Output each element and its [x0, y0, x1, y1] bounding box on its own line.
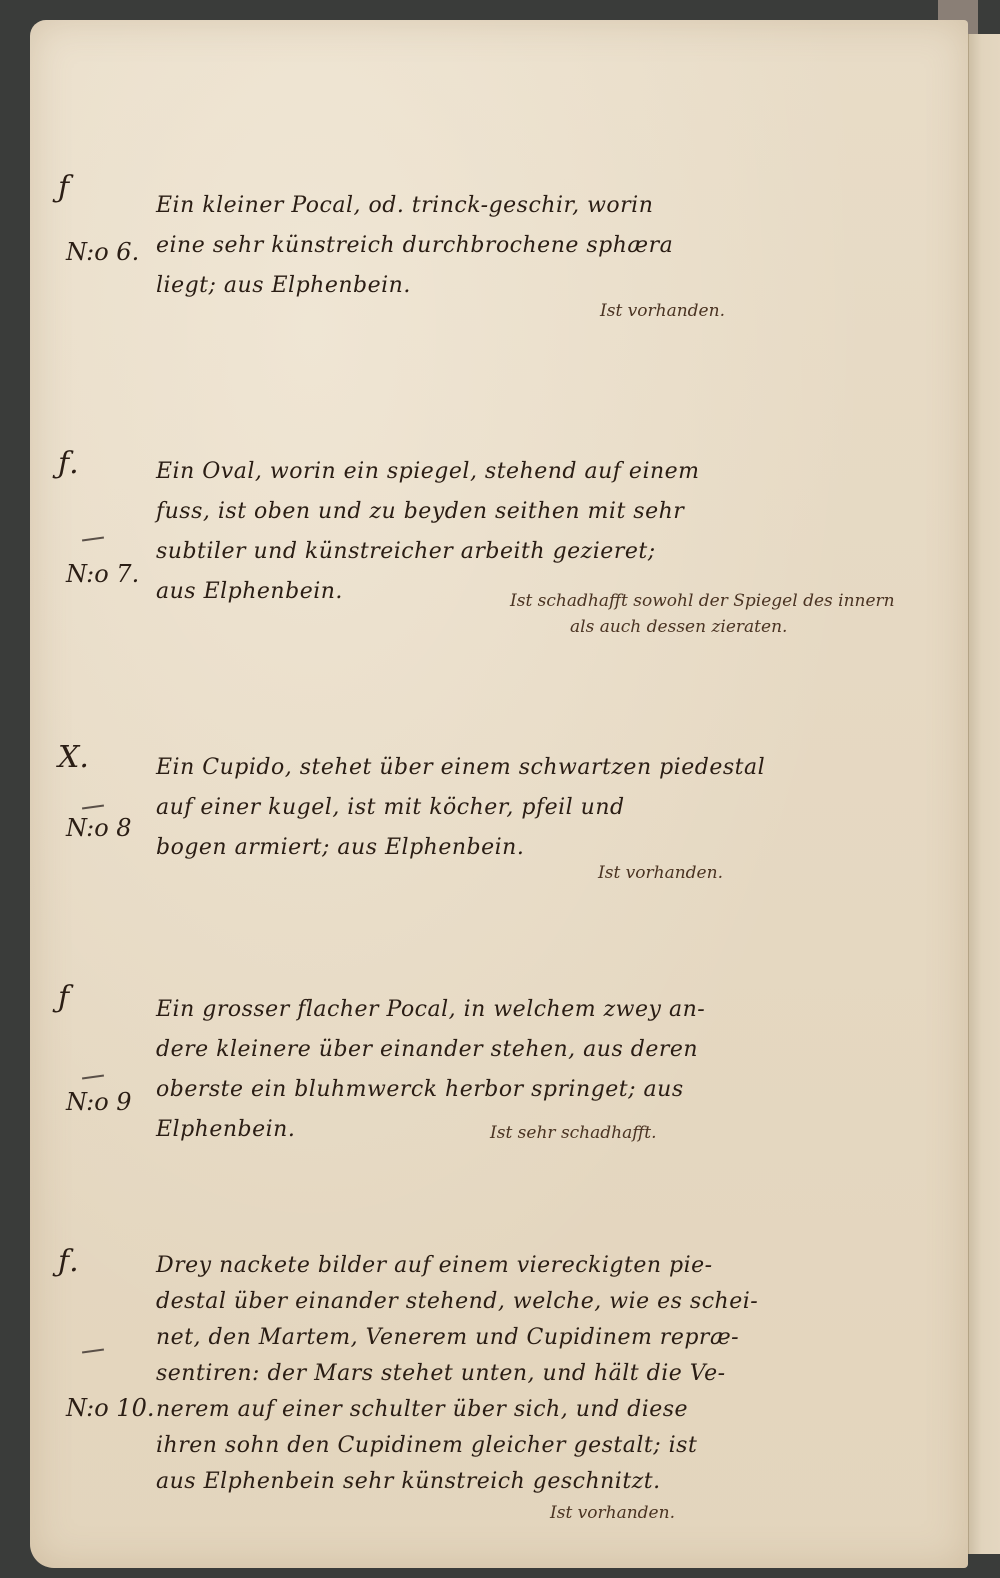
check-mark: ƒ	[58, 980, 69, 1015]
manuscript-page: ƒ N:o 6. Ein kleiner Pocal, od. trinck-g…	[30, 20, 968, 1568]
entry-text: Drey nackete bilder auf einem viereckigt…	[156, 1248, 956, 1500]
status-note: Ist vorhanden.	[598, 860, 723, 886]
margin-dash	[82, 804, 104, 809]
check-mark: ƒ.	[58, 1244, 79, 1279]
check-mark: X.	[58, 740, 89, 775]
note-line: Ist schadhafft sowohl der Spiegel des in…	[510, 588, 895, 614]
text-line: destal über einander stehend, welche, wi…	[156, 1284, 956, 1320]
status-note: Ist sehr schadhafft.	[490, 1120, 657, 1146]
note-line: Ist vorhanden.	[598, 863, 723, 883]
next-page-edge	[968, 34, 1000, 1554]
status-note: Ist schadhafft sowohl der Spiegel des in…	[510, 588, 895, 640]
margin-dash	[82, 1074, 104, 1079]
text-line: nerem auf einer schulter über sich, und …	[156, 1392, 956, 1428]
text-line: sentiren: der Mars stehet unten, und häl…	[156, 1356, 956, 1392]
entry-number: N:o 8	[66, 814, 132, 842]
note-line: als auch dessen zieraten.	[510, 614, 895, 640]
entry-number: N:o 9	[66, 1088, 132, 1116]
entry-text: Ein Cupido, stehet über einem schwartzen…	[156, 748, 956, 868]
text-line: ihren sohn den Cupidinem gleicher gestal…	[156, 1428, 956, 1464]
note-line: Ist vorhanden.	[550, 1503, 675, 1523]
text-line: bogen armiert; aus Elphenbein.	[156, 828, 956, 868]
text-line: Ein grosser flacher Pocal, in welchem zw…	[156, 990, 956, 1030]
text-line: oberste ein bluhmwerck herbor springet; …	[156, 1070, 956, 1110]
text-line: Drey nackete bilder auf einem viereckigt…	[156, 1248, 956, 1284]
text-line: Ein kleiner Pocal, od. trinck-geschir, w…	[156, 186, 956, 226]
text-line: net, den Martem, Venerem und Cupidinem r…	[156, 1320, 956, 1356]
text-line: eine sehr künstreich durchbrochene sphær…	[156, 226, 956, 266]
check-mark: ƒ.	[58, 446, 79, 481]
margin-dash	[82, 1348, 104, 1353]
text-line: auf einer kugel, ist mit köcher, pfeil u…	[156, 788, 956, 828]
text-line: subtiler und künstreicher arbeith gezier…	[156, 532, 956, 572]
text-line: liegt; aus Elphenbein.	[156, 266, 956, 306]
text-line: aus Elphenbein sehr künstreich geschnitz…	[156, 1464, 956, 1500]
note-line: Ist sehr schadhafft.	[490, 1123, 657, 1143]
text-line: Ein Oval, worin ein spiegel, stehend auf…	[156, 452, 956, 492]
status-note: Ist vorhanden.	[550, 1500, 675, 1526]
text-line: Ein Cupido, stehet über einem schwartzen…	[156, 748, 956, 788]
check-mark: ƒ	[58, 170, 69, 205]
note-line: Ist vorhanden.	[600, 301, 725, 321]
entry-number: N:o 7.	[66, 560, 139, 588]
entry-text: Ein kleiner Pocal, od. trinck-geschir, w…	[156, 186, 956, 306]
text-line: dere kleinere über einander stehen, aus …	[156, 1030, 956, 1070]
entry-number: N:o 6.	[66, 238, 139, 266]
margin-dash	[82, 536, 104, 541]
status-note: Ist vorhanden.	[600, 298, 725, 324]
manuscript-scan: ƒ N:o 6. Ein kleiner Pocal, od. trinck-g…	[0, 0, 1000, 1578]
entry-number: N:o 10.	[66, 1394, 154, 1422]
text-line: fuss, ist oben und zu beyden seithen mit…	[156, 492, 956, 532]
